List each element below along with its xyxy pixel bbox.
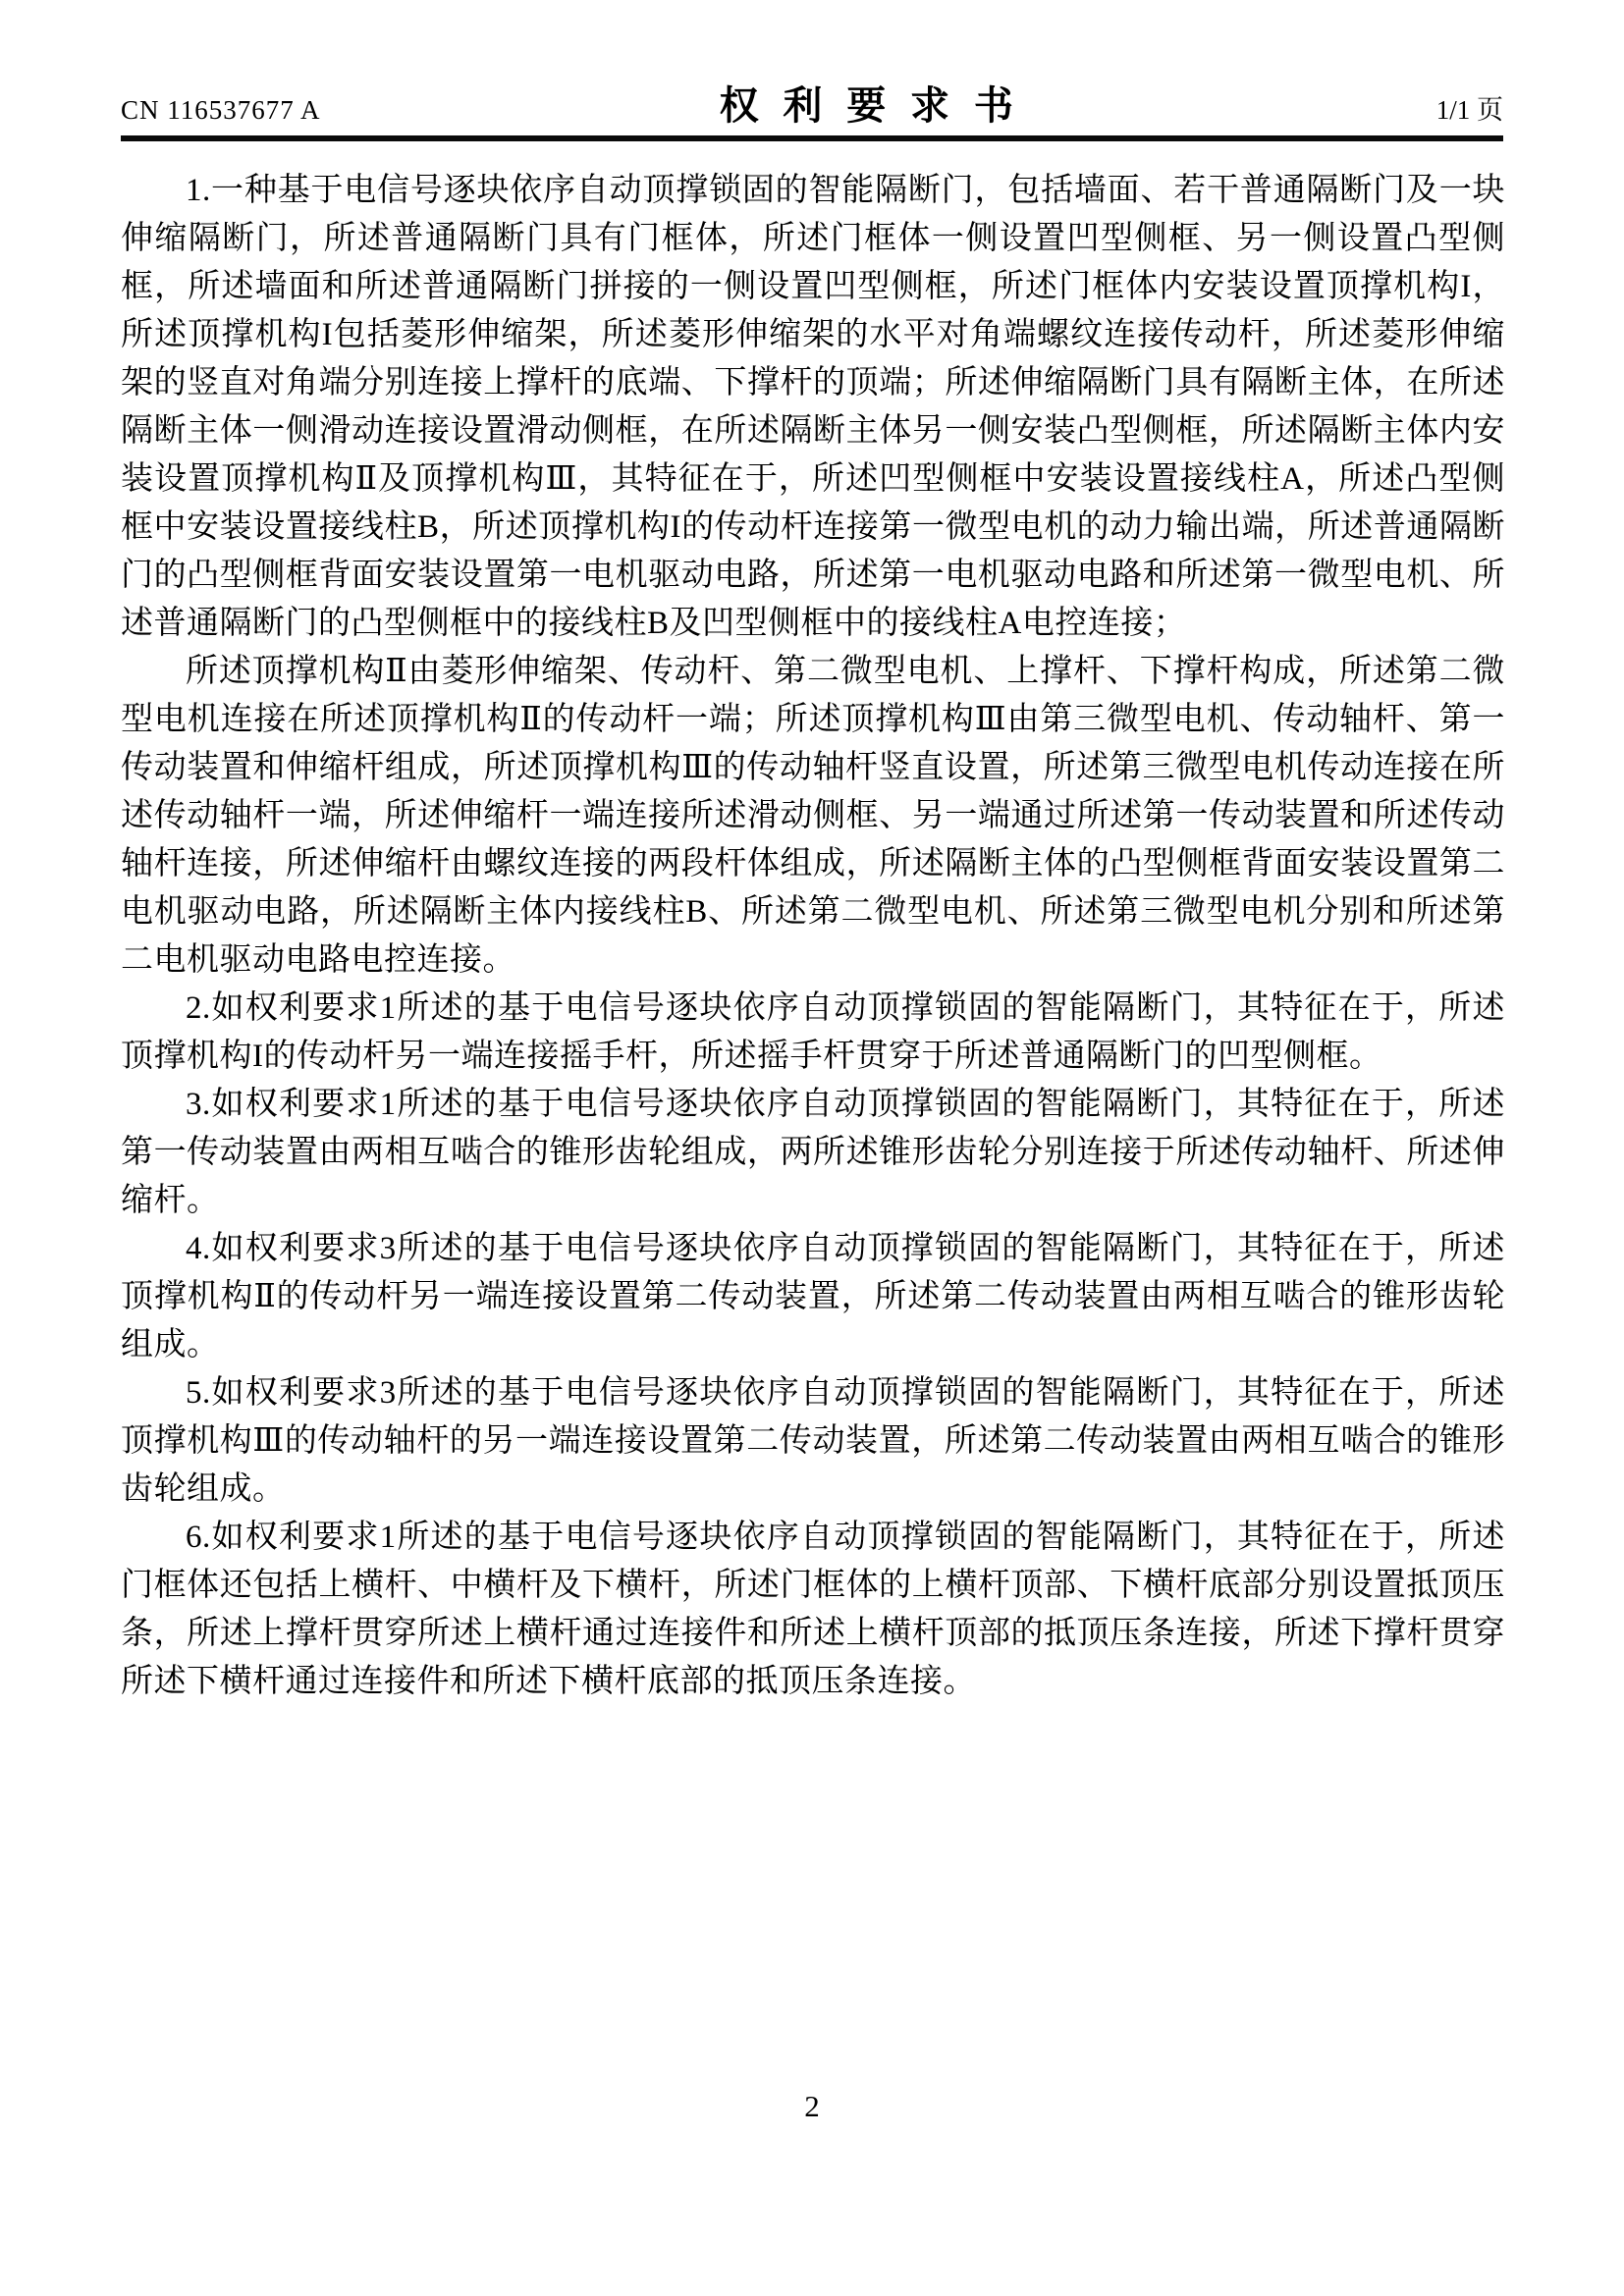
claims-text-body: 1.一种基于电信号逐块依序自动顶撑锁固的智能隔断门，包括墙面、若干普通隔断门及一… bbox=[121, 167, 1505, 1706]
page-header: CN 116537677 A 权利要求书 1/1 页 bbox=[121, 75, 1503, 141]
patent-claims-page: CN 116537677 A 权利要求书 1/1 页 1.一种基于电信号逐块依序… bbox=[0, 0, 1624, 2296]
header-divider-rule bbox=[121, 135, 1503, 141]
document-title: 权利要求书 bbox=[695, 86, 1038, 126]
footer-page-number: 2 bbox=[0, 2089, 1624, 2124]
patent-publication-number: CN 116537677 A bbox=[121, 97, 321, 126]
claim-5: 5.如权利要求3所述的基于电信号逐块依序自动顶撑锁固的智能隔断门，其特征在于，所… bbox=[121, 1369, 1505, 1514]
claim-1-paragraph-2: 所述顶撑机构Ⅱ由菱形伸缩架、传动杆、第二微型电机、上撑杆、下撑杆构成，所述第二微… bbox=[121, 648, 1505, 985]
page-indicator: 1/1 页 bbox=[1436, 97, 1503, 126]
claim-4: 4.如权利要求3所述的基于电信号逐块依序自动顶撑锁固的智能隔断门，其特征在于，所… bbox=[121, 1225, 1505, 1369]
claim-3: 3.如权利要求1所述的基于电信号逐块依序自动顶撑锁固的智能隔断门，其特征在于，所… bbox=[121, 1081, 1505, 1225]
claim-6: 6.如权利要求1所述的基于电信号逐块依序自动顶撑锁固的智能隔断门，其特征在于，所… bbox=[121, 1514, 1505, 1706]
claim-1-paragraph-1: 1.一种基于电信号逐块依序自动顶撑锁固的智能隔断门，包括墙面、若干普通隔断门及一… bbox=[121, 167, 1505, 648]
claim-2: 2.如权利要求1所述的基于电信号逐块依序自动顶撑锁固的智能隔断门，其特征在于，所… bbox=[121, 985, 1505, 1081]
